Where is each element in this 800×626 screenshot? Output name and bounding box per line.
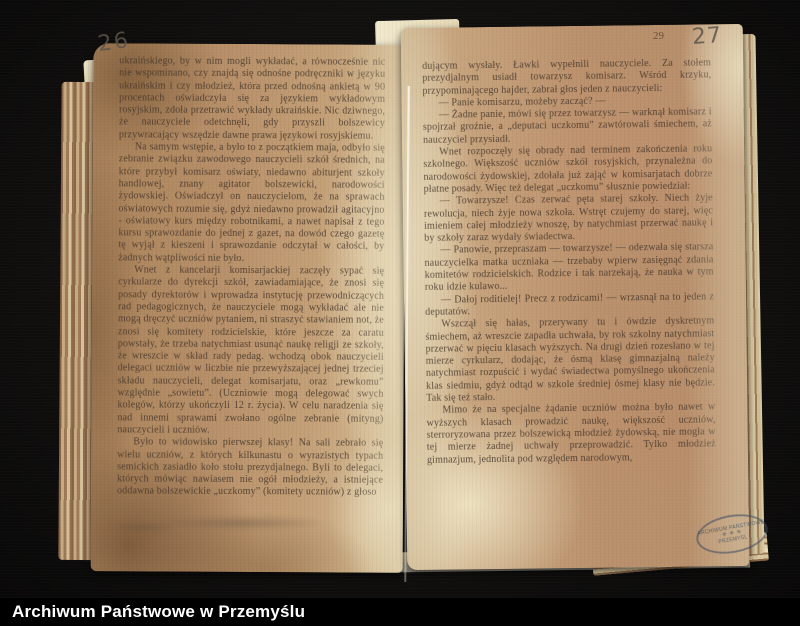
page-paragraph: Wnet z kancelarji komisarjackiej zaczęły…	[117, 264, 384, 438]
page-paragraph: — Dałoj roditielej! Precz z rodzicami! —…	[425, 291, 714, 319]
page-paragraph: Mimo że na specjalne żądanie uczniów moż…	[426, 402, 716, 467]
page-paragraph: ukraińskiego, by w nim mogli wykładać, a…	[119, 55, 385, 142]
left-page-text: ukraińskiego, by w nim mogli wykładać, a…	[117, 55, 386, 561]
page-paragraph: Wnet rozpoczęły się obrady nad terminem …	[423, 143, 713, 196]
page-paragraph: Wszczął się hałas, przerywany tu i ówdzi…	[425, 316, 715, 406]
right-book-page: dującym wysłały. Ławki wypełnili nauczyc…	[401, 24, 750, 570]
right-page-text: dującym wysłały. Ławki wypełnili nauczyc…	[422, 57, 717, 558]
page-paragraph: — Panowie, przepraszam — towarzysze! — o…	[424, 242, 714, 295]
printed-page-number: 29	[653, 30, 664, 42]
left-book-page: ukraińskiego, by w nim mogli wykładać, a…	[91, 43, 406, 573]
pencil-folio-number-left: 26	[96, 28, 131, 57]
archive-caption: Archiwum Państwowe w Przemyślu	[0, 602, 305, 622]
caption-bar: Archiwum Państwowe w Przemyślu	[0, 598, 800, 626]
pencil-smudge-mark	[105, 510, 355, 536]
page-paragraph: Na samym wstępie, a było to z początkiem…	[118, 141, 385, 265]
page-paragraph: Było to widowisko pierwszej klasy! Na sa…	[117, 437, 383, 500]
page-paragraph: — Towarzysze! Czas zerwać pęta starej sz…	[424, 193, 714, 246]
pencil-folio-number-right: 27	[691, 23, 723, 50]
archival-scan-photo: ukraińskiego, by w nim mogli wykładać, a…	[0, 0, 800, 598]
page-paragraph: dującym wysłały. Ławki wypełnili nauczyc…	[422, 57, 711, 97]
page-paragraph: — Żadne panie, mówi się przez towarzysz …	[423, 107, 712, 147]
